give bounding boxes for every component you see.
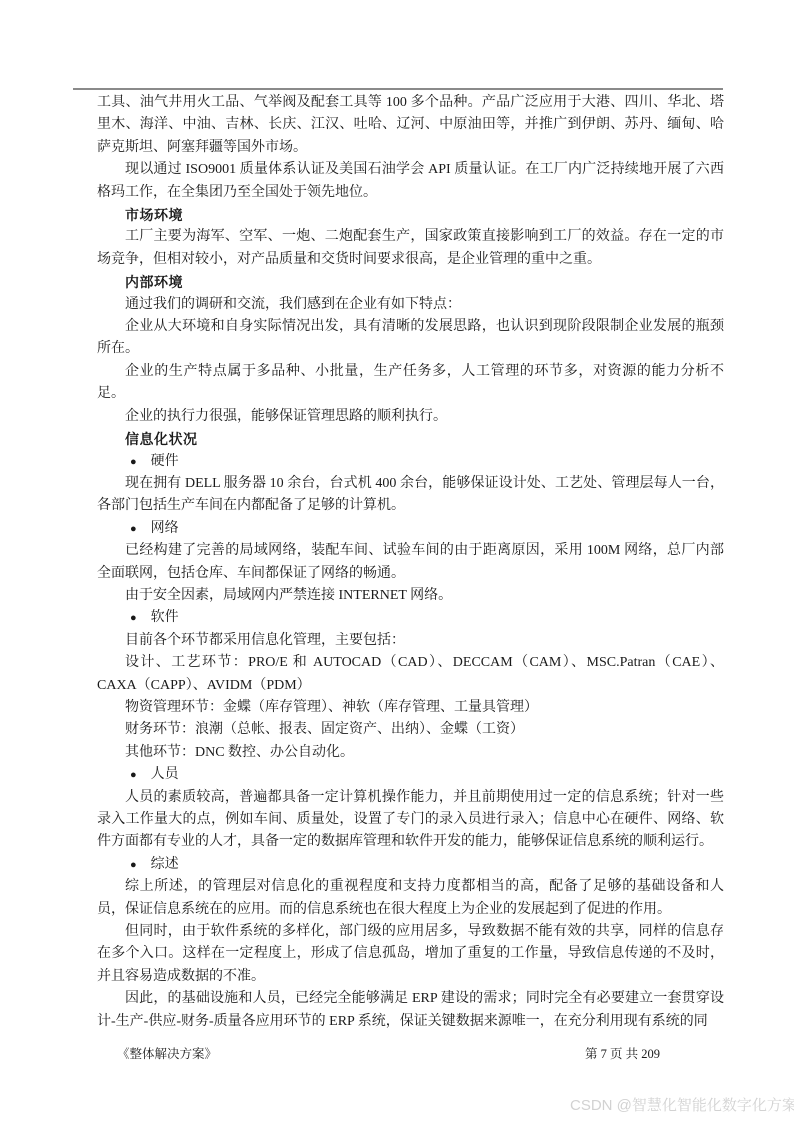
bullet-icon: ● [130, 451, 137, 473]
bullet-label: 网络 [151, 518, 179, 540]
paragraph: 现在拥有 DELL 服务器 10 余台，台式机 400 余台，能够保证设计处、工… [97, 473, 724, 518]
bullet-item: ●软件 [97, 607, 724, 629]
footer-doc-title: 《整体解决方案》 [117, 1046, 217, 1062]
paragraph: 但同时，由于软件系统的多样化，部门级的应用居多，导致数据不能有效的共享，同样的信… [97, 921, 724, 988]
document-body: 工具、油气井用火工品、气举阀及配套工具等 100 多个品种。产品广泛应用于大港、… [97, 92, 724, 1033]
bullet-item: ●人员 [97, 764, 724, 786]
bullet-label: 硬件 [151, 451, 179, 473]
bullet-icon: ● [130, 854, 137, 876]
paragraph: 因此，的基础设施和人员，已经完全能够满足 ERP 建设的需求；同时完全有必要建立… [97, 988, 724, 1033]
paragraph: 企业的执行力很强，能够保证管理思路的顺利执行。 [97, 406, 724, 428]
paragraph: 设计、工艺环节：PRO/E 和 AUTOCAD（CAD）、DECCAM（CAM）… [97, 652, 724, 697]
watermark-text: CSDN @智慧化智能化数字化方案 [570, 1097, 794, 1115]
section-heading: 信息化状况 [97, 428, 724, 450]
bullet-icon: ● [130, 518, 137, 540]
paragraph: 由于安全因素，局域网内严禁连接 INTERNET 网络。 [97, 585, 724, 607]
section-heading: 市场环境 [97, 204, 724, 226]
document-page: 工具、油气井用火工品、气举阀及配套工具等 100 多个品种。产品广泛应用于大港、… [0, 0, 794, 1123]
header-rule [73, 88, 723, 90]
bullet-label: 软件 [151, 607, 179, 629]
paragraph: 现以通过 ISO9001 质量体系认证及美国石油学会 API 质量认证。在工厂内… [97, 159, 724, 204]
paragraph: 工厂主要为海军、空军、一炮、二炮配套生产，国家政策直接影响到工厂的效益。存在一定… [97, 226, 724, 271]
paragraph: 人员的素质较高，普遍都具备一定计算机操作能力，并且前期使用过一定的信息系统；针对… [97, 787, 724, 854]
bullet-label: 综述 [151, 854, 179, 876]
paragraph: 其他环节：DNC 数控、办公自动化。 [97, 742, 724, 764]
footer-page-number: 第 7 页 共 209 [585, 1046, 660, 1062]
bullet-item: ●综述 [97, 854, 724, 876]
paragraph: 物资管理环节：金蝶（库存管理）、神软（库存管理、工量具管理） [97, 697, 724, 719]
paragraph: 通过我们的调研和交流，我们感到在企业有如下特点： [97, 294, 724, 316]
paragraph: 工具、油气井用火工品、气举阀及配套工具等 100 多个品种。产品广泛应用于大港、… [97, 92, 724, 159]
paragraph: 目前各个环节都采用信息化管理，主要包括： [97, 630, 724, 652]
paragraph: 企业的生产特点属于多品种、小批量，生产任务多，人工管理的环节多，对资源的能力分析… [97, 361, 724, 406]
bullet-item: ●网络 [97, 518, 724, 540]
bullet-item: ●硬件 [97, 451, 724, 473]
paragraph: 财务环节：浪潮（总帐、报表、固定资产、出纳）、金蝶（工资） [97, 719, 724, 741]
bullet-icon: ● [130, 607, 137, 629]
bullet-icon: ● [130, 764, 137, 786]
paragraph: 企业从大环境和自身实际情况出发，具有清晰的发展思路，也认识到现阶段限制企业发展的… [97, 316, 724, 361]
paragraph: 综上所述，的管理层对信息化的重视程度和支持力度都相当的高，配备了足够的基础设备和… [97, 876, 724, 921]
bullet-label: 人员 [151, 764, 179, 786]
paragraph: 已经构建了完善的局域网络，装配车间、试验车间的由于距离原因，采用 100M 网络… [97, 540, 724, 585]
section-heading: 内部环境 [97, 271, 724, 293]
